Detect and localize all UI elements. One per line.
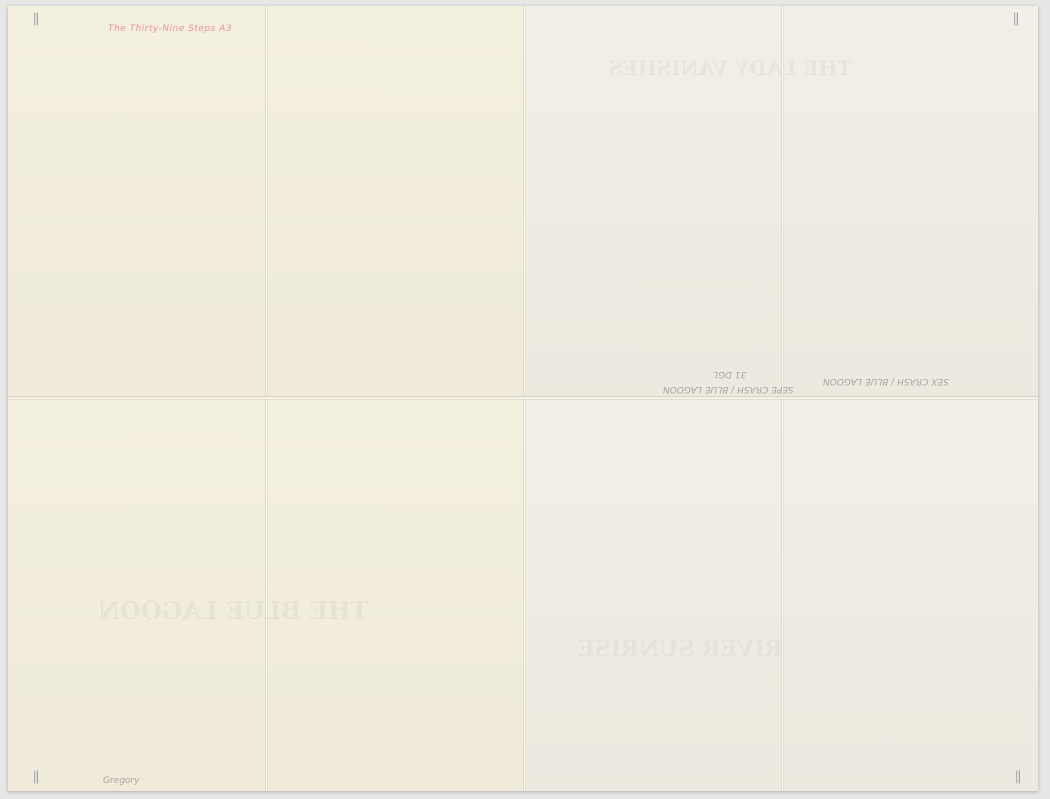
horizontal-fold (8, 396, 1038, 400)
red-ink-annotation: The Thirty-Nine Steps A3 (108, 24, 232, 34)
poster-back: THE LADY VANISHES THE BLUE LAGOON RIVER … (8, 6, 1038, 791)
panel-bottom-2 (266, 398, 524, 791)
pin-icon (34, 12, 38, 26)
pencil-annotation: SEX CRASH / BLUE LAGOON (823, 376, 949, 386)
pencil-annotation: Gregory (103, 776, 139, 786)
panel-top-2 (266, 6, 524, 398)
pencil-annotation: SEPE CRASH / BLUE LAGOON (663, 384, 794, 394)
pin-icon (1014, 12, 1018, 26)
show-through-credit: RIVER SUNRISE (578, 636, 783, 662)
panel-top-1 (8, 6, 266, 398)
panel-bottom-3 (524, 398, 782, 791)
show-through-headline: THE BLUE LAGOON (98, 596, 368, 625)
panel-bottom-4 (782, 398, 1038, 791)
pin-icon (1016, 770, 1020, 784)
panel-bottom-1 (8, 398, 266, 791)
pin-icon (34, 770, 38, 784)
pencil-annotation: 31 DGL (713, 369, 746, 379)
show-through-title: THE LADY VANISHES (608, 56, 852, 80)
